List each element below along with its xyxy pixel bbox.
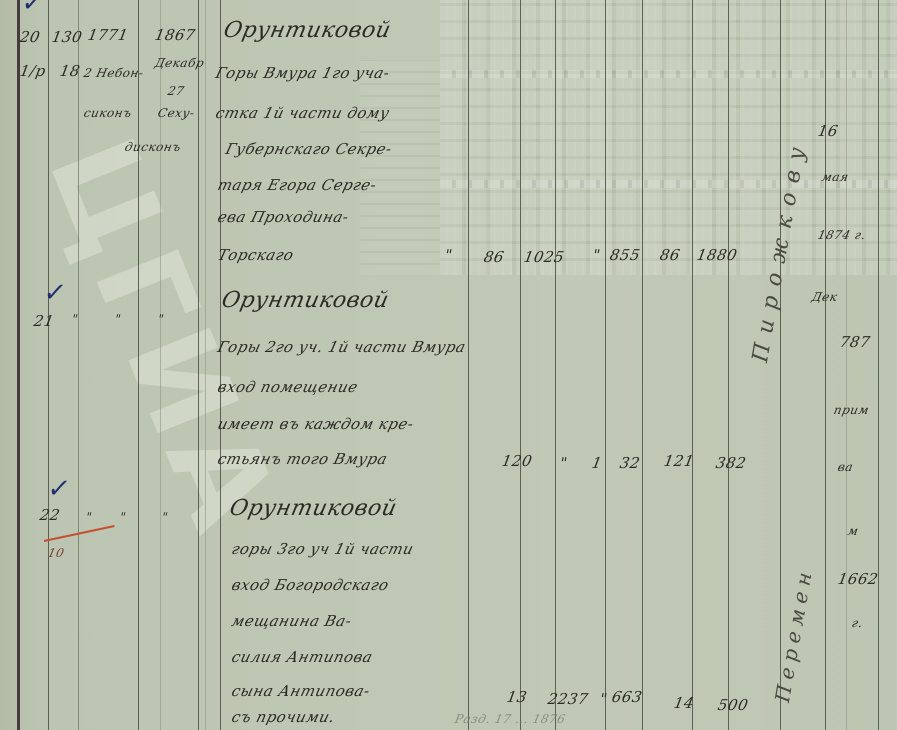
check-mark-icon: ✓ bbox=[41, 278, 68, 308]
row-number: 20 bbox=[18, 28, 41, 46]
entry-title: Орунтиковой bbox=[227, 496, 399, 521]
security-pattern-left bbox=[360, 60, 440, 275]
ledger-page: ЦГИА ✓ 20 1/р 130 18 1771 2 Небон- сикон… bbox=[0, 0, 897, 730]
entry-title: Орунтиковой bbox=[221, 18, 393, 43]
row-number: 22 bbox=[38, 506, 61, 524]
row-number: 21 bbox=[32, 312, 55, 330]
row-sub: 1/р bbox=[18, 62, 47, 80]
red-correction-mark bbox=[44, 525, 115, 542]
pattern-band bbox=[440, 70, 897, 78]
entry-title: Орунтиковой bbox=[219, 288, 391, 313]
footnote: Разд. 17 ... 1876 bbox=[454, 712, 567, 726]
vertical-annotation: Перемен bbox=[770, 565, 818, 705]
check-mark-icon: ✓ bbox=[45, 474, 72, 504]
column-rule bbox=[48, 0, 49, 730]
